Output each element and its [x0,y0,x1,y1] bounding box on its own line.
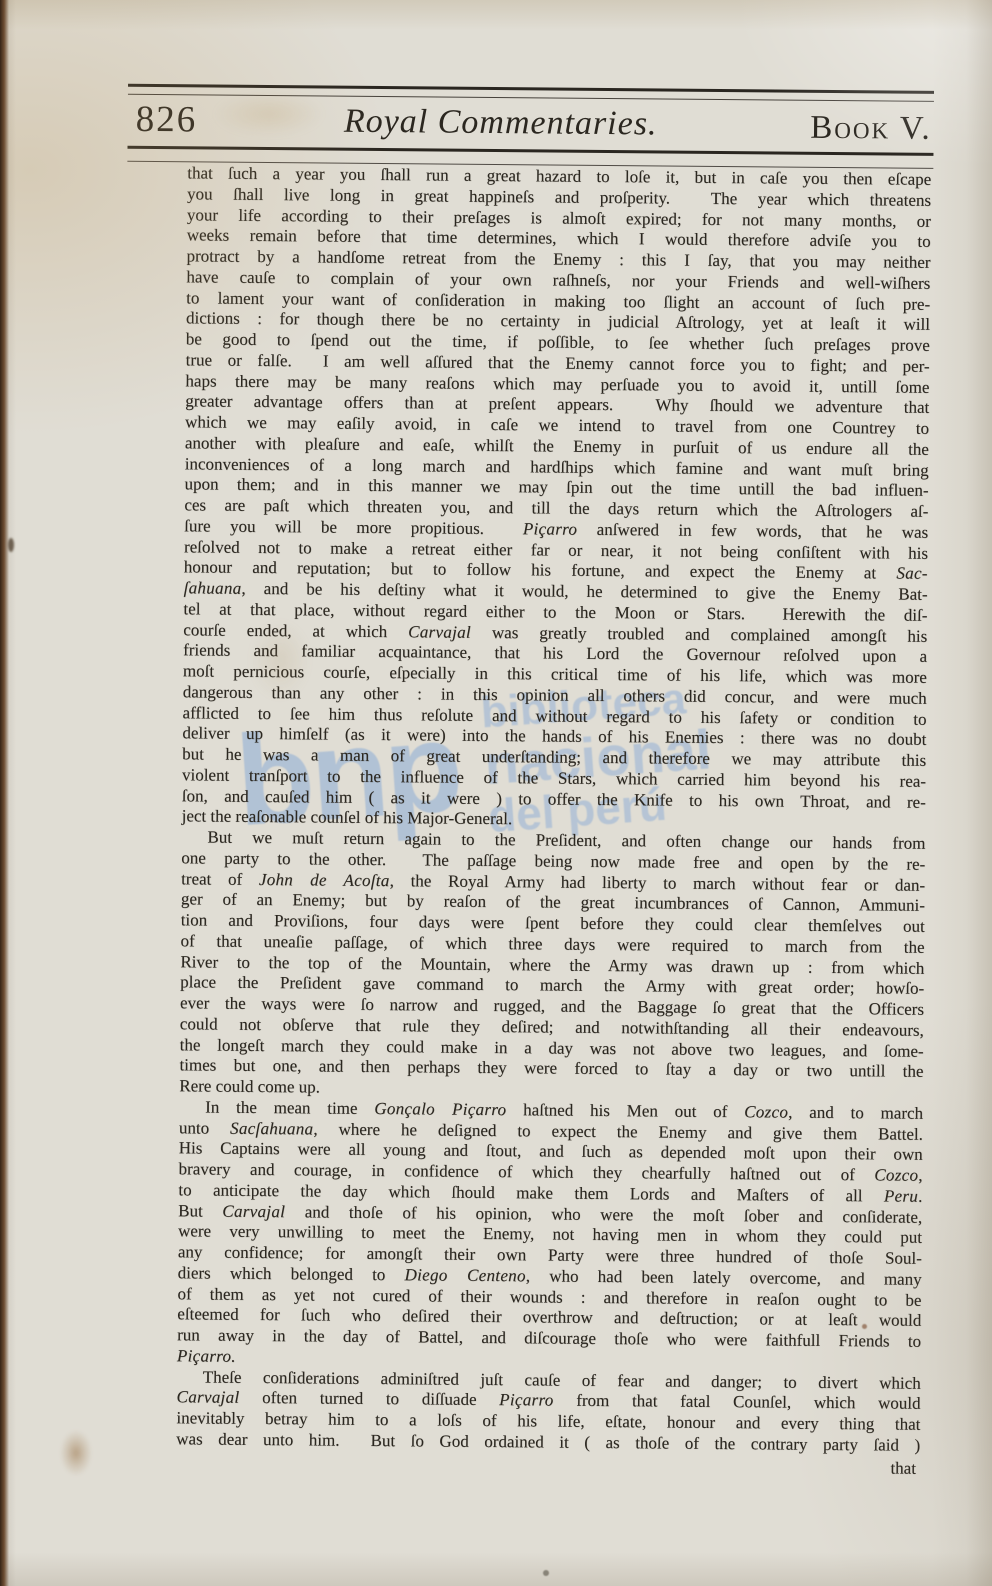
page-text: that ſuch a year you ſhall run a great h… [176,163,931,1456]
book-edge [0,0,9,1586]
book-label: Book V. [810,108,932,149]
paragraph: Theſe conſiderations adminiſtred juſt ca… [176,1367,921,1456]
header-row: 826 Royal Commentaries. Book V. [128,96,934,153]
book-page-scan: bnp biblioteca nacional del perú 826 Roy… [0,0,992,1586]
paragraph: In the mean time Gonçalo Piçarro haſtned… [177,1097,923,1373]
printed-area: 826 Royal Commentaries. Book V. that ſuc… [0,0,992,1586]
page-header: 826 Royal Commentaries. Book V. [127,84,934,169]
paragraph: that ſuch a year you ſhall run a great h… [182,163,932,833]
catchword: that [176,1451,916,1478]
paragraph: But we muſt return again to the Preſiden… [179,827,925,1103]
running-title: Royal Commentaries. [128,98,874,149]
